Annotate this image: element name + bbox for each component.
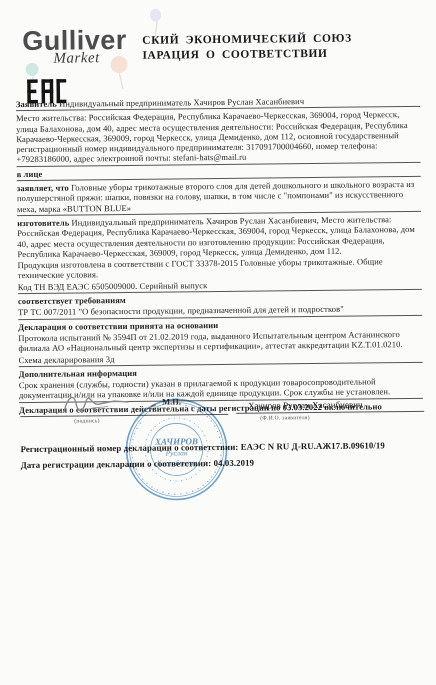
name-caption: (Ф.И.О. заявителя) xyxy=(260,415,310,422)
stamp-name-line2: Руслан xyxy=(165,448,188,457)
balloon-icon xyxy=(110,56,127,73)
section-label: соответствует требованиям xyxy=(18,295,126,306)
title-line-2: ІАРАЦИЯ О СООТВЕТСТВИИ xyxy=(142,47,352,64)
stamp-name-line1: ХАЧИРОВ xyxy=(154,436,198,446)
section-label: Декларация о соответствии принята на осн… xyxy=(18,320,218,332)
declaration-document: Gulliver Market СКИЙ ЭКОНОМИЧЕСКИЙ СОЮЗ … xyxy=(0,0,436,685)
stamp-name-line3: Хасанбиевич xyxy=(155,458,197,467)
section-text: Код ТН ВЭД ЕАЭС 6505009000. Серийный вып… xyxy=(18,280,208,292)
section-text: Головные уборы трикотажные второго слоя … xyxy=(17,179,415,214)
section-label: в лице xyxy=(17,169,43,179)
section-label: Дополнительная информация xyxy=(19,368,137,379)
section-residence: Место жительства: Российская Федерация, … xyxy=(16,109,421,167)
section-text: Протокола испытаний № 3594П от 21.02.201… xyxy=(18,329,402,353)
section-label: изготовитель xyxy=(17,218,69,229)
section-text: Индивидуальный предприниматель Хачиров Р… xyxy=(17,214,415,259)
registration-number-value: ЕАЭС N RU Д-RU.АЖ17.В.09610/19 xyxy=(241,440,385,452)
document-body: Заявитель Индивидуальный предприниматель… xyxy=(16,95,423,416)
section-label: заявляет, что xyxy=(17,183,69,194)
balloon-icon xyxy=(150,9,161,22)
section-declares: заявляет, что Головные уборы трикотажные… xyxy=(17,179,421,216)
applicant-name: Хачиров Руслан Хасанбиевич xyxy=(248,399,363,410)
section-protocol: Протокола испытаний № 3594П от 21.02.201… xyxy=(18,329,422,354)
document-title: СКИЙ ЭКОНОМИЧЕСКИЙ СОЮЗ ІАРАЦИЯ О СООТВЕ… xyxy=(142,32,352,64)
round-stamp: ·•·•·•·•·•·•·•·•·•·•·•·•·•·•·•·•·•·•·•·•… xyxy=(122,395,231,504)
section-text: Схема декларирования 3д xyxy=(19,354,115,365)
scanned-sheet: Gulliver Market СКИЙ ЭКОНОМИЧЕСКИЙ СОЮЗ … xyxy=(0,0,436,685)
section-text: ТР ТС 007/2011 "О безопасности продукции… xyxy=(18,304,344,317)
section-gost: Продукция изготовлена в соответствии с Г… xyxy=(18,256,422,281)
balloon-icon xyxy=(25,63,38,76)
section-label: Заявитель xyxy=(16,99,57,109)
section-text: Продукция изготовлена в соответствии с Г… xyxy=(18,256,383,280)
section-text: Индивидуальный предприниматель Хачиров Р… xyxy=(59,96,304,109)
section-manufacturer: изготовитель Индивидуальный предпринимат… xyxy=(17,214,421,259)
signature-caption: (подпись) xyxy=(74,418,100,424)
balloon-string xyxy=(119,73,123,89)
section-text: Место жительства: Российская Федерация, … xyxy=(16,109,408,164)
